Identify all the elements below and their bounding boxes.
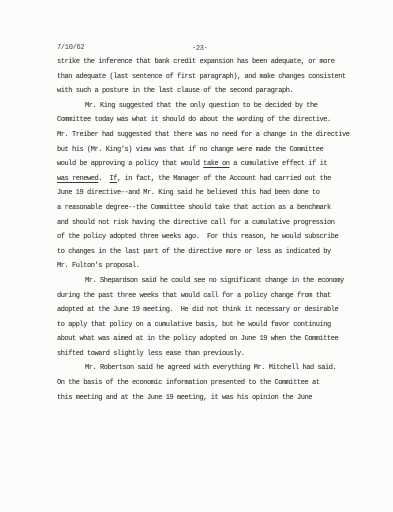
paragraph: Mr. Robertson said he agreed with everyt… <box>57 361 357 405</box>
document-page: 7/10/62 -23- strike the inference that b… <box>0 0 393 512</box>
text-line: shifted toward slightly less ease than p… <box>57 347 357 362</box>
text-segment: would be approving a policy that would <box>57 160 203 168</box>
text-line: On the basis of the economic information… <box>57 376 357 391</box>
text-line: adopted at the June 19 meeting. He did n… <box>57 303 357 318</box>
underlined-phrase: If <box>110 175 118 183</box>
text-line: would be approving a policy that would t… <box>57 157 357 172</box>
underlined-phrase: take on <box>203 160 229 168</box>
text-line: was renewed. If, in fact, the Manager of… <box>57 172 357 187</box>
paragraph: strike the inference that bank credit ex… <box>57 55 357 99</box>
date-label: 7/10/62 <box>57 44 84 52</box>
text-line: June 19 directive--and Mr. King said he … <box>57 186 357 201</box>
page-number: -23- <box>192 45 208 53</box>
text-segment: . <box>98 175 109 183</box>
text-line: Mr. Treiber had suggested that there was… <box>57 128 357 143</box>
text-segment: , in fact, the Manager of the Account ha… <box>117 175 331 183</box>
paragraph: Mr. Shepardson said he could see no sign… <box>57 274 357 362</box>
text-line: and should not risk having the directive… <box>57 216 357 231</box>
text-line: but his (Mr. King's) view was that if no… <box>57 143 357 158</box>
text-line: to apply that policy on a cumulative bas… <box>57 318 357 333</box>
text-line: of the policy adopted three weeks ago. F… <box>57 230 357 245</box>
text-line: Mr. Fulton's proposal. <box>57 259 357 274</box>
text-line: this meeting and at the June 19 meeting,… <box>57 391 357 406</box>
text-line: a reasonable degree--the Committee shoul… <box>57 201 357 216</box>
text-line: with such a posture in the last clause o… <box>57 84 357 99</box>
paragraph: Mr. King suggested that the only questio… <box>57 99 357 274</box>
text-line: Committee today was what it should do ab… <box>57 113 357 128</box>
text-line: Mr. King suggested that the only questio… <box>57 99 357 114</box>
text-line: Mr. Robertson said he agreed with everyt… <box>57 361 357 376</box>
text-segment: a cumulative effect if it <box>230 160 328 168</box>
text-line: strike the inference that bank credit ex… <box>57 55 357 70</box>
text-line: than adequate (last sentence of first pa… <box>57 70 357 85</box>
text-line: to changes in the last part of the direc… <box>57 245 357 260</box>
text-line: Mr. Shepardson said he could see no sign… <box>57 274 357 289</box>
text-line: about what was aimed at in the policy ad… <box>57 332 357 347</box>
document-body: strike the inference that bank credit ex… <box>57 55 357 405</box>
text-line: during the past three weeks that would c… <box>57 289 357 304</box>
underlined-phrase: was renewed <box>57 175 98 183</box>
